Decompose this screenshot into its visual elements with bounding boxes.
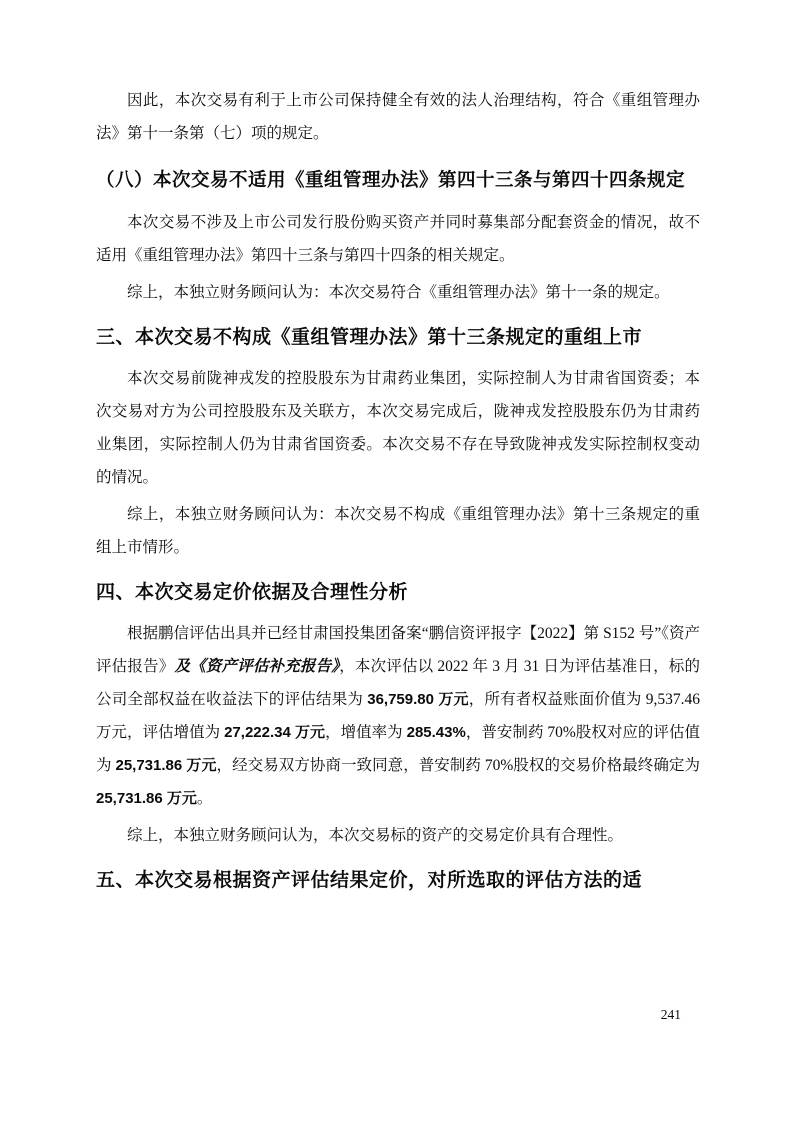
section-heading: 五、本次交易根据资产评估结果定价，对所选取的评估方法的适: [96, 864, 700, 897]
text-run: ，增值率为: [325, 724, 407, 741]
section-heading: 四、本次交易定价依据及合理性分析: [96, 576, 700, 609]
paragraph: 因此，本次交易有利于上市公司保持健全有效的法人治理结构，符合《重组管理办法》第十…: [96, 84, 700, 150]
text-run: （八）本次交易不适用《重组管理办法》第四十三条与第四十四条规定: [96, 169, 685, 190]
text-run: ，经交易双方协商一致同意，普安制药 70%股权的交易价格最终确定为: [217, 757, 700, 774]
text-run: 本次交易前陇神戎发的控股股东为甘肃药业集团，实际控制人为甘肃省国资委；本次交易对…: [96, 370, 700, 486]
text-run: 及《资产评估补充报告》: [174, 658, 339, 675]
text-run: 综上，本独立财务顾问认为：本次交易符合《重组管理办法》第十一条的规定。: [127, 284, 670, 301]
paragraph: 根据鹏信评估出具并已经甘肃国投集团备案“鹏信资评报字【2022】第 S152 号…: [96, 617, 700, 815]
page-number: 241: [661, 1005, 681, 1025]
text-run: 综上，本独立财务顾问认为，本次交易标的资产的交易定价具有合理性。: [127, 827, 623, 844]
paragraph: 综上，本独立财务顾问认为：本次交易不构成《重组管理办法》第十三条规定的重组上市情…: [96, 498, 700, 564]
sub-section-heading: （八）本次交易不适用《重组管理办法》第四十三条与第四十四条规定: [96, 156, 700, 204]
paragraph: 本次交易前陇神戎发的控股股东为甘肃药业集团，实际控制人为甘肃省国资委；本次交易对…: [96, 362, 700, 494]
section-heading: 三、本次交易不构成《重组管理办法》第十三条规定的重组上市: [96, 321, 700, 354]
text-run: 27,222.34 万元: [224, 724, 325, 741]
document-page: 因此，本次交易有利于上市公司保持健全有效的法人治理结构，符合《重组管理办法》第十…: [0, 0, 793, 1122]
paragraph: 本次交易不涉及上市公司发行股份购买资产并同时募集部分配套资金的情况，故不适用《重…: [96, 206, 700, 272]
text-run: 25,731.86 万元: [115, 757, 216, 774]
text-run: 四、本次交易定价依据及合理性分析: [96, 582, 408, 603]
text-run: 。: [197, 790, 213, 807]
text-run: 36,759.80 万元: [367, 691, 469, 708]
document-body: 因此，本次交易有利于上市公司保持健全有效的法人治理结构，符合《重组管理办法》第十…: [96, 84, 700, 905]
text-run: 本次交易不涉及上市公司发行股份购买资产并同时募集部分配套资金的情况，故不适用《重…: [96, 214, 700, 264]
text-run: 25,731.86 万元: [96, 790, 197, 807]
text-run: 285.43%: [407, 724, 466, 741]
text-run: 因此，本次交易有利于上市公司保持健全有效的法人治理结构，符合《重组管理办法》第十…: [96, 92, 700, 142]
paragraph: 综上，本独立财务顾问认为，本次交易标的资产的交易定价具有合理性。: [96, 819, 700, 852]
paragraph: 综上，本独立财务顾问认为：本次交易符合《重组管理办法》第十一条的规定。: [96, 276, 700, 309]
text-run: 五、本次交易根据资产评估结果定价，对所选取的评估方法的适: [96, 870, 642, 891]
text-run: 综上，本独立财务顾问认为：本次交易不构成《重组管理办法》第十三条规定的重组上市情…: [96, 506, 700, 556]
text-run: 三、本次交易不构成《重组管理办法》第十三条规定的重组上市: [96, 327, 642, 348]
